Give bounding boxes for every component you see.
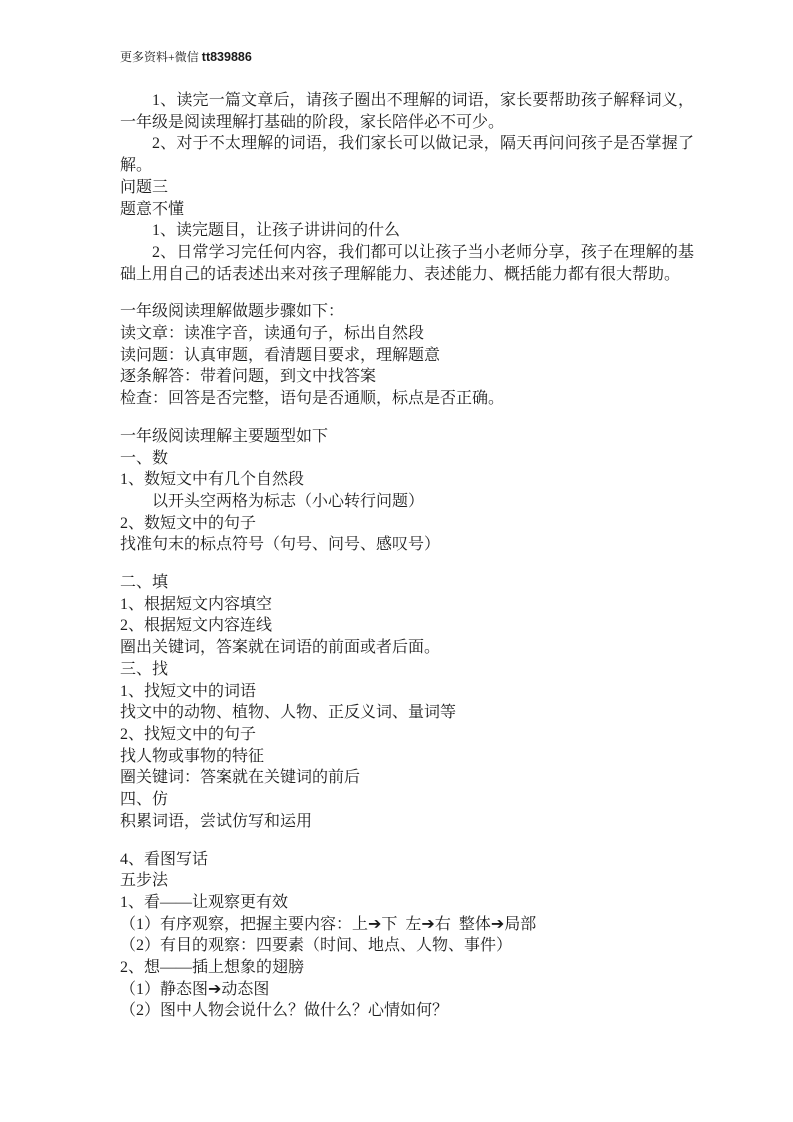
blank-line [120,833,694,849]
paragraph: 四、仿 [120,789,694,811]
paragraph: 以开头空两格为标志（小心转行问题） [120,491,694,513]
paragraph: 1、根据短文内容填空 [120,594,694,616]
paragraph: 找人物或事物的特征 [120,746,694,768]
paragraph: 1、数短文中有几个自然段 [120,469,694,491]
paragraph: 2、对于不太理解的词语，我们家长可以做记录，隔天再问问孩子是否掌握了解。 [120,133,694,176]
paragraph: 2、日常学习完任何内容，我们都可以让孩子当小老师分享，孩子在理解的基础上用自己的… [120,242,694,285]
paragraph: 1、看——让观察更有效 [120,892,694,914]
paragraph: 读问题：认真审题，看清题目要求，理解题意 [120,345,694,367]
paragraph: 三、找 [120,659,694,681]
document-page: 更多资料+微信tt839886 1、读完一篇文章后，请孩子圈出不理解的词语，家长… [0,0,793,1122]
paragraph: 找准句末的标点符号（句号、问号、感叹号） [120,534,694,556]
paragraph: 一年级阅读理解主要题型如下 [120,426,694,448]
paragraph: 2、想——插上想象的翅膀 [120,957,694,979]
paragraph: （2）有目的观察：四要素（时间、地点、人物、事件） [120,935,694,957]
blank-line [120,556,694,572]
paragraph: 圈关键词：答案就在关键词的前后 [120,767,694,789]
paragraph: 五步法 [120,870,694,892]
paragraph: 2、数短文中的句子 [120,513,694,535]
paragraph: 二、填 [120,572,694,594]
paragraph: 问题三 [120,177,694,199]
paragraph: 题意不懂 [120,199,694,221]
paragraph: （2）图中人物会说什么？做什么？心情如何？ [120,1000,694,1022]
paragraph: 4、看图写话 [120,849,694,871]
paragraph: 一、数 [120,448,694,470]
paragraph: 积累词语，尝试仿写和运用 [120,811,694,833]
paragraph: 2、找短文中的句子 [120,724,694,746]
paragraph: 找文中的动物、植物、人物、正反义词、量词等 [120,702,694,724]
blank-line [120,410,694,426]
paragraph: 1、找短文中的词语 [120,681,694,703]
watermark-header: 更多资料+微信tt839886 [120,49,252,65]
paragraph: 读文章：读准字音，读通句子，标出自然段 [120,323,694,345]
paragraph: （1）有序观察，把握主要内容：上➔下 左➔右 整体➔局部 [120,914,694,936]
watermark-wechat-id: tt839886 [202,50,252,64]
paragraph: （1）静态图➔动态图 [120,979,694,1001]
paragraph: 1、读完一篇文章后，请孩子圈出不理解的词语，家长要帮助孩子解释词义，一年级是阅读… [120,90,694,133]
document-body: 1、读完一篇文章后，请孩子圈出不理解的词语，家长要帮助孩子解释词义，一年级是阅读… [120,90,694,1022]
blank-line [120,285,694,301]
paragraph: 一年级阅读理解做题步骤如下： [120,301,694,323]
paragraph: 检查：回答是否完整，语句是否通顺，标点是否正确。 [120,388,694,410]
paragraph: 2、根据短文内容连线 [120,615,694,637]
paragraph: 1、读完题目，让孩子讲讲问的什么 [120,220,694,242]
watermark-text: 更多资料+微信 [120,50,199,64]
paragraph: 圈出关键词，答案就在词语的前面或者后面。 [120,637,694,659]
paragraph: 逐条解答：带着问题，到文中找答案 [120,366,694,388]
